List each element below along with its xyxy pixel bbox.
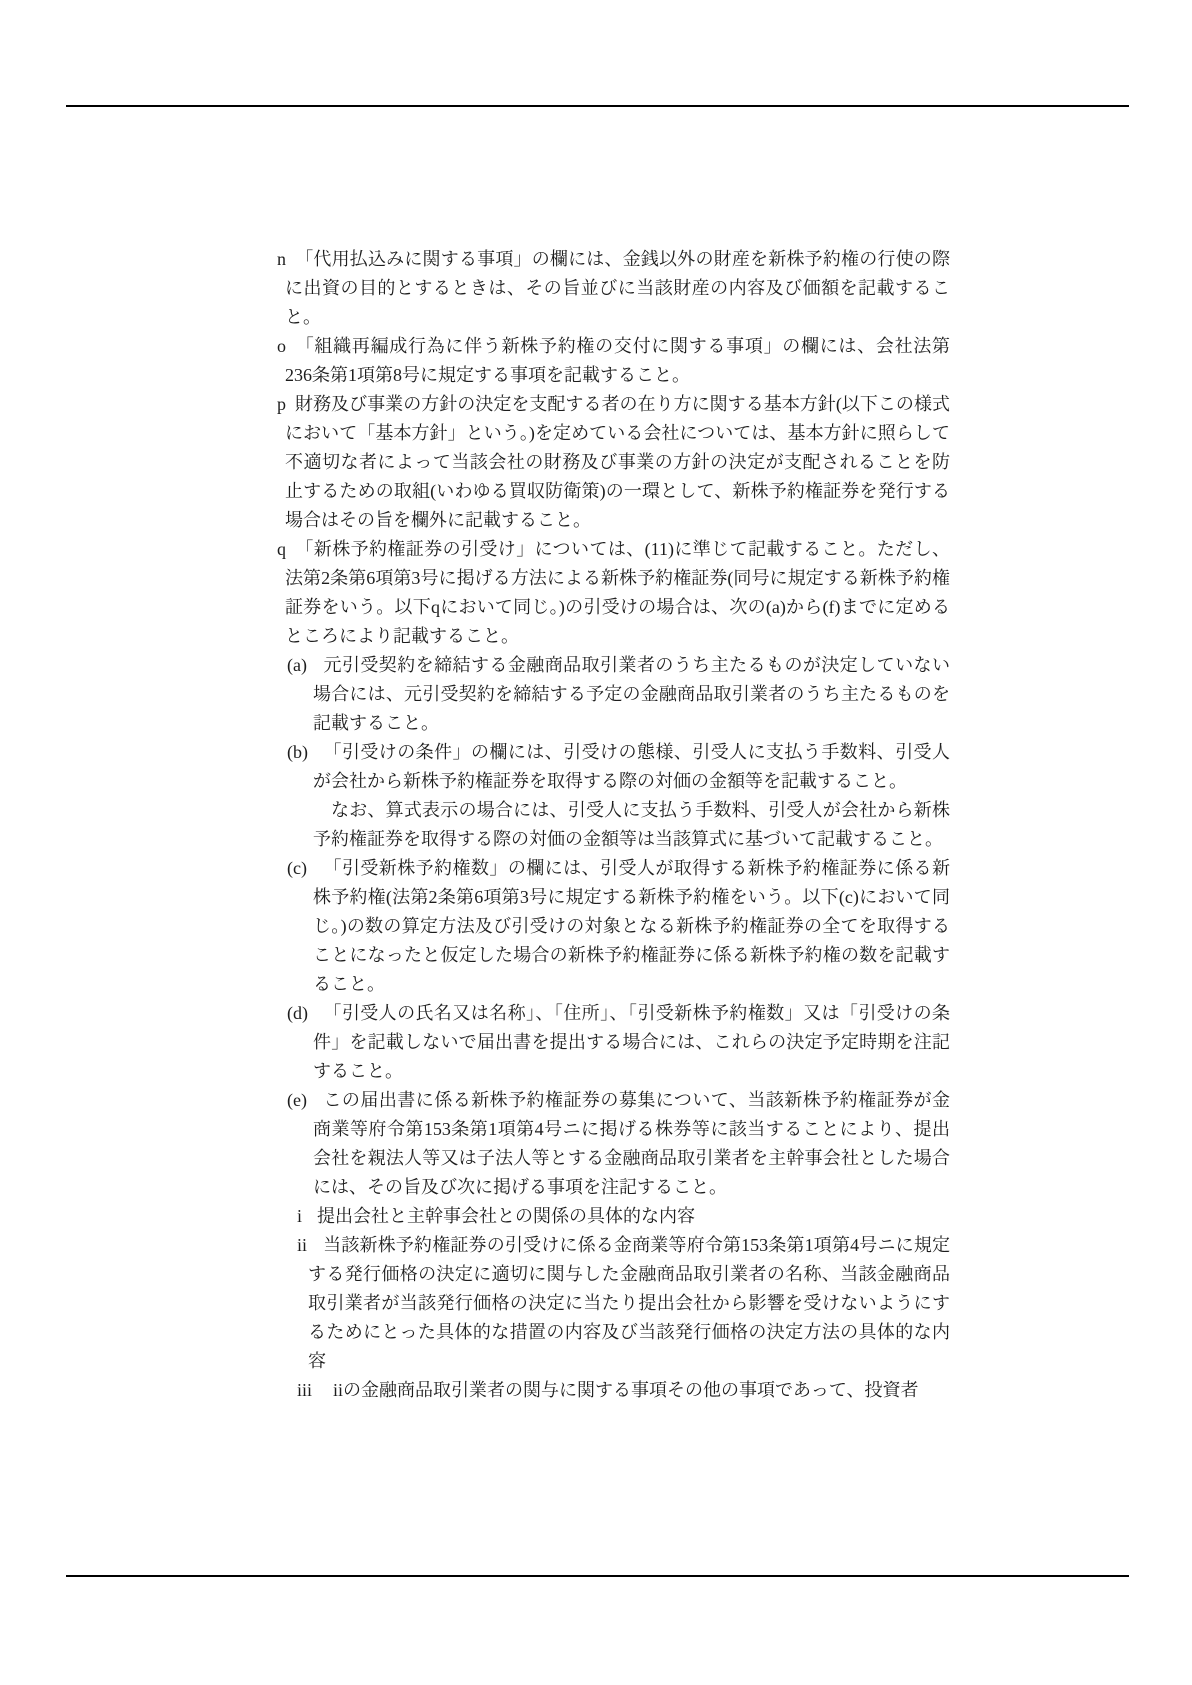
- item-marker: iii: [297, 1376, 333, 1405]
- item-marker: q: [277, 535, 295, 564]
- item-text: 「代用払込みに関する事項」の欄には、金銭以外の財産を新株予約権の行使の際に出資の…: [285, 249, 950, 327]
- item-marker: ii: [297, 1231, 323, 1260]
- top-rule: [66, 105, 1129, 107]
- list-item-b: (b)「引受けの条件」の欄には、引受けの態様、引受人に支払う手数料、引受人が会社…: [287, 738, 950, 854]
- item-text: 「引受人の氏名又は名称」、「住所」、「引受新株予約権数」又は「引受けの条件」を記…: [313, 1003, 950, 1081]
- list-item-p: p財務及び事業の方針の決定を支配する者の在り方に関する基本方針(以下この様式にお…: [277, 390, 950, 535]
- item-marker: (d): [287, 999, 323, 1028]
- item-marker: n: [277, 245, 295, 274]
- list-item-a: (a)元引受契約を締結する金融商品取引業者のうち主たるものが決定していない場合に…: [287, 651, 950, 738]
- list-item-q: q「新株予約権証券の引受け」については、(11)に準じて記載すること。ただし、法…: [277, 535, 950, 651]
- item-marker: o: [277, 332, 295, 361]
- list-item-ii: ii当該新株予約権証券の引受けに係る金商業等府令第153条第1項第4号ニに規定す…: [297, 1231, 950, 1376]
- item-text: iiの金融商品取引業者の関与に関する事項その他の事項であって、投資者: [333, 1380, 918, 1400]
- item-marker: (e): [287, 1086, 323, 1115]
- item-text: 「引受新株予約権数」の欄には、引受人が取得する新株予約権証券に係る新株予約権(法…: [313, 858, 950, 994]
- item-text: 提出会社と主幹事会社との関係の具体的な内容: [317, 1206, 695, 1226]
- item-marker: (a): [287, 651, 323, 680]
- list-item-e: (e)この届出書に係る新株予約権証券の募集について、当該新株予約権証券が金商業等…: [287, 1086, 950, 1202]
- item-text: 「新株予約権証券の引受け」については、(11)に準じて記載すること。ただし、法第…: [285, 539, 950, 646]
- item-text: 「組織再編成行為に伴う新株予約権の交付に関する事項」の欄には、会社法第236条第…: [285, 336, 950, 385]
- document-body: n「代用払込みに関する事項」の欄には、金銭以外の財産を新株予約権の行使の際に出資…: [277, 245, 950, 1405]
- list-item-iii: iiiiiの金融商品取引業者の関与に関する事項その他の事項であって、投資者: [297, 1376, 950, 1405]
- list-item-n: n「代用払込みに関する事項」の欄には、金銭以外の財産を新株予約権の行使の際に出資…: [277, 245, 950, 332]
- item-marker: (b): [287, 738, 323, 767]
- item-text: 「引受けの条件」の欄には、引受けの態様、引受人に支払う手数料、引受人が会社から新…: [313, 742, 950, 791]
- list-item-o: o「組織再編成行為に伴う新株予約権の交付に関する事項」の欄には、会社法第236条…: [277, 332, 950, 390]
- bottom-rule: [66, 1575, 1129, 1577]
- item-text: 当該新株予約権証券の引受けに係る金商業等府令第153条第1項第4号ニに規定する発…: [308, 1235, 950, 1371]
- item-text: この届出書に係る新株予約権証券の募集について、当該新株予約権証券が金商業等府令第…: [313, 1090, 950, 1197]
- item-marker: p: [277, 390, 295, 419]
- document-page: n「代用払込みに関する事項」の欄には、金銭以外の財産を新株予約権の行使の際に出資…: [0, 0, 1192, 1685]
- item-note-paragraph: なお、算式表示の場合には、引受人に支払う手数料、引受人が会社から新株予約権証券を…: [313, 796, 950, 854]
- list-item-c: (c)「引受新株予約権数」の欄には、引受人が取得する新株予約権証券に係る新株予約…: [287, 854, 950, 999]
- list-item-i: i提出会社と主幹事会社との関係の具体的な内容: [297, 1202, 950, 1231]
- item-marker: (c): [287, 854, 323, 883]
- item-text: 財務及び事業の方針の決定を支配する者の在り方に関する基本方針(以下この様式におい…: [285, 394, 950, 530]
- list-item-d: (d)「引受人の氏名又は名称」、「住所」、「引受新株予約権数」又は「引受けの条件…: [287, 999, 950, 1086]
- item-text: 元引受契約を締結する金融商品取引業者のうち主たるものが決定していない場合には、元…: [313, 655, 950, 733]
- item-marker: i: [297, 1202, 317, 1231]
